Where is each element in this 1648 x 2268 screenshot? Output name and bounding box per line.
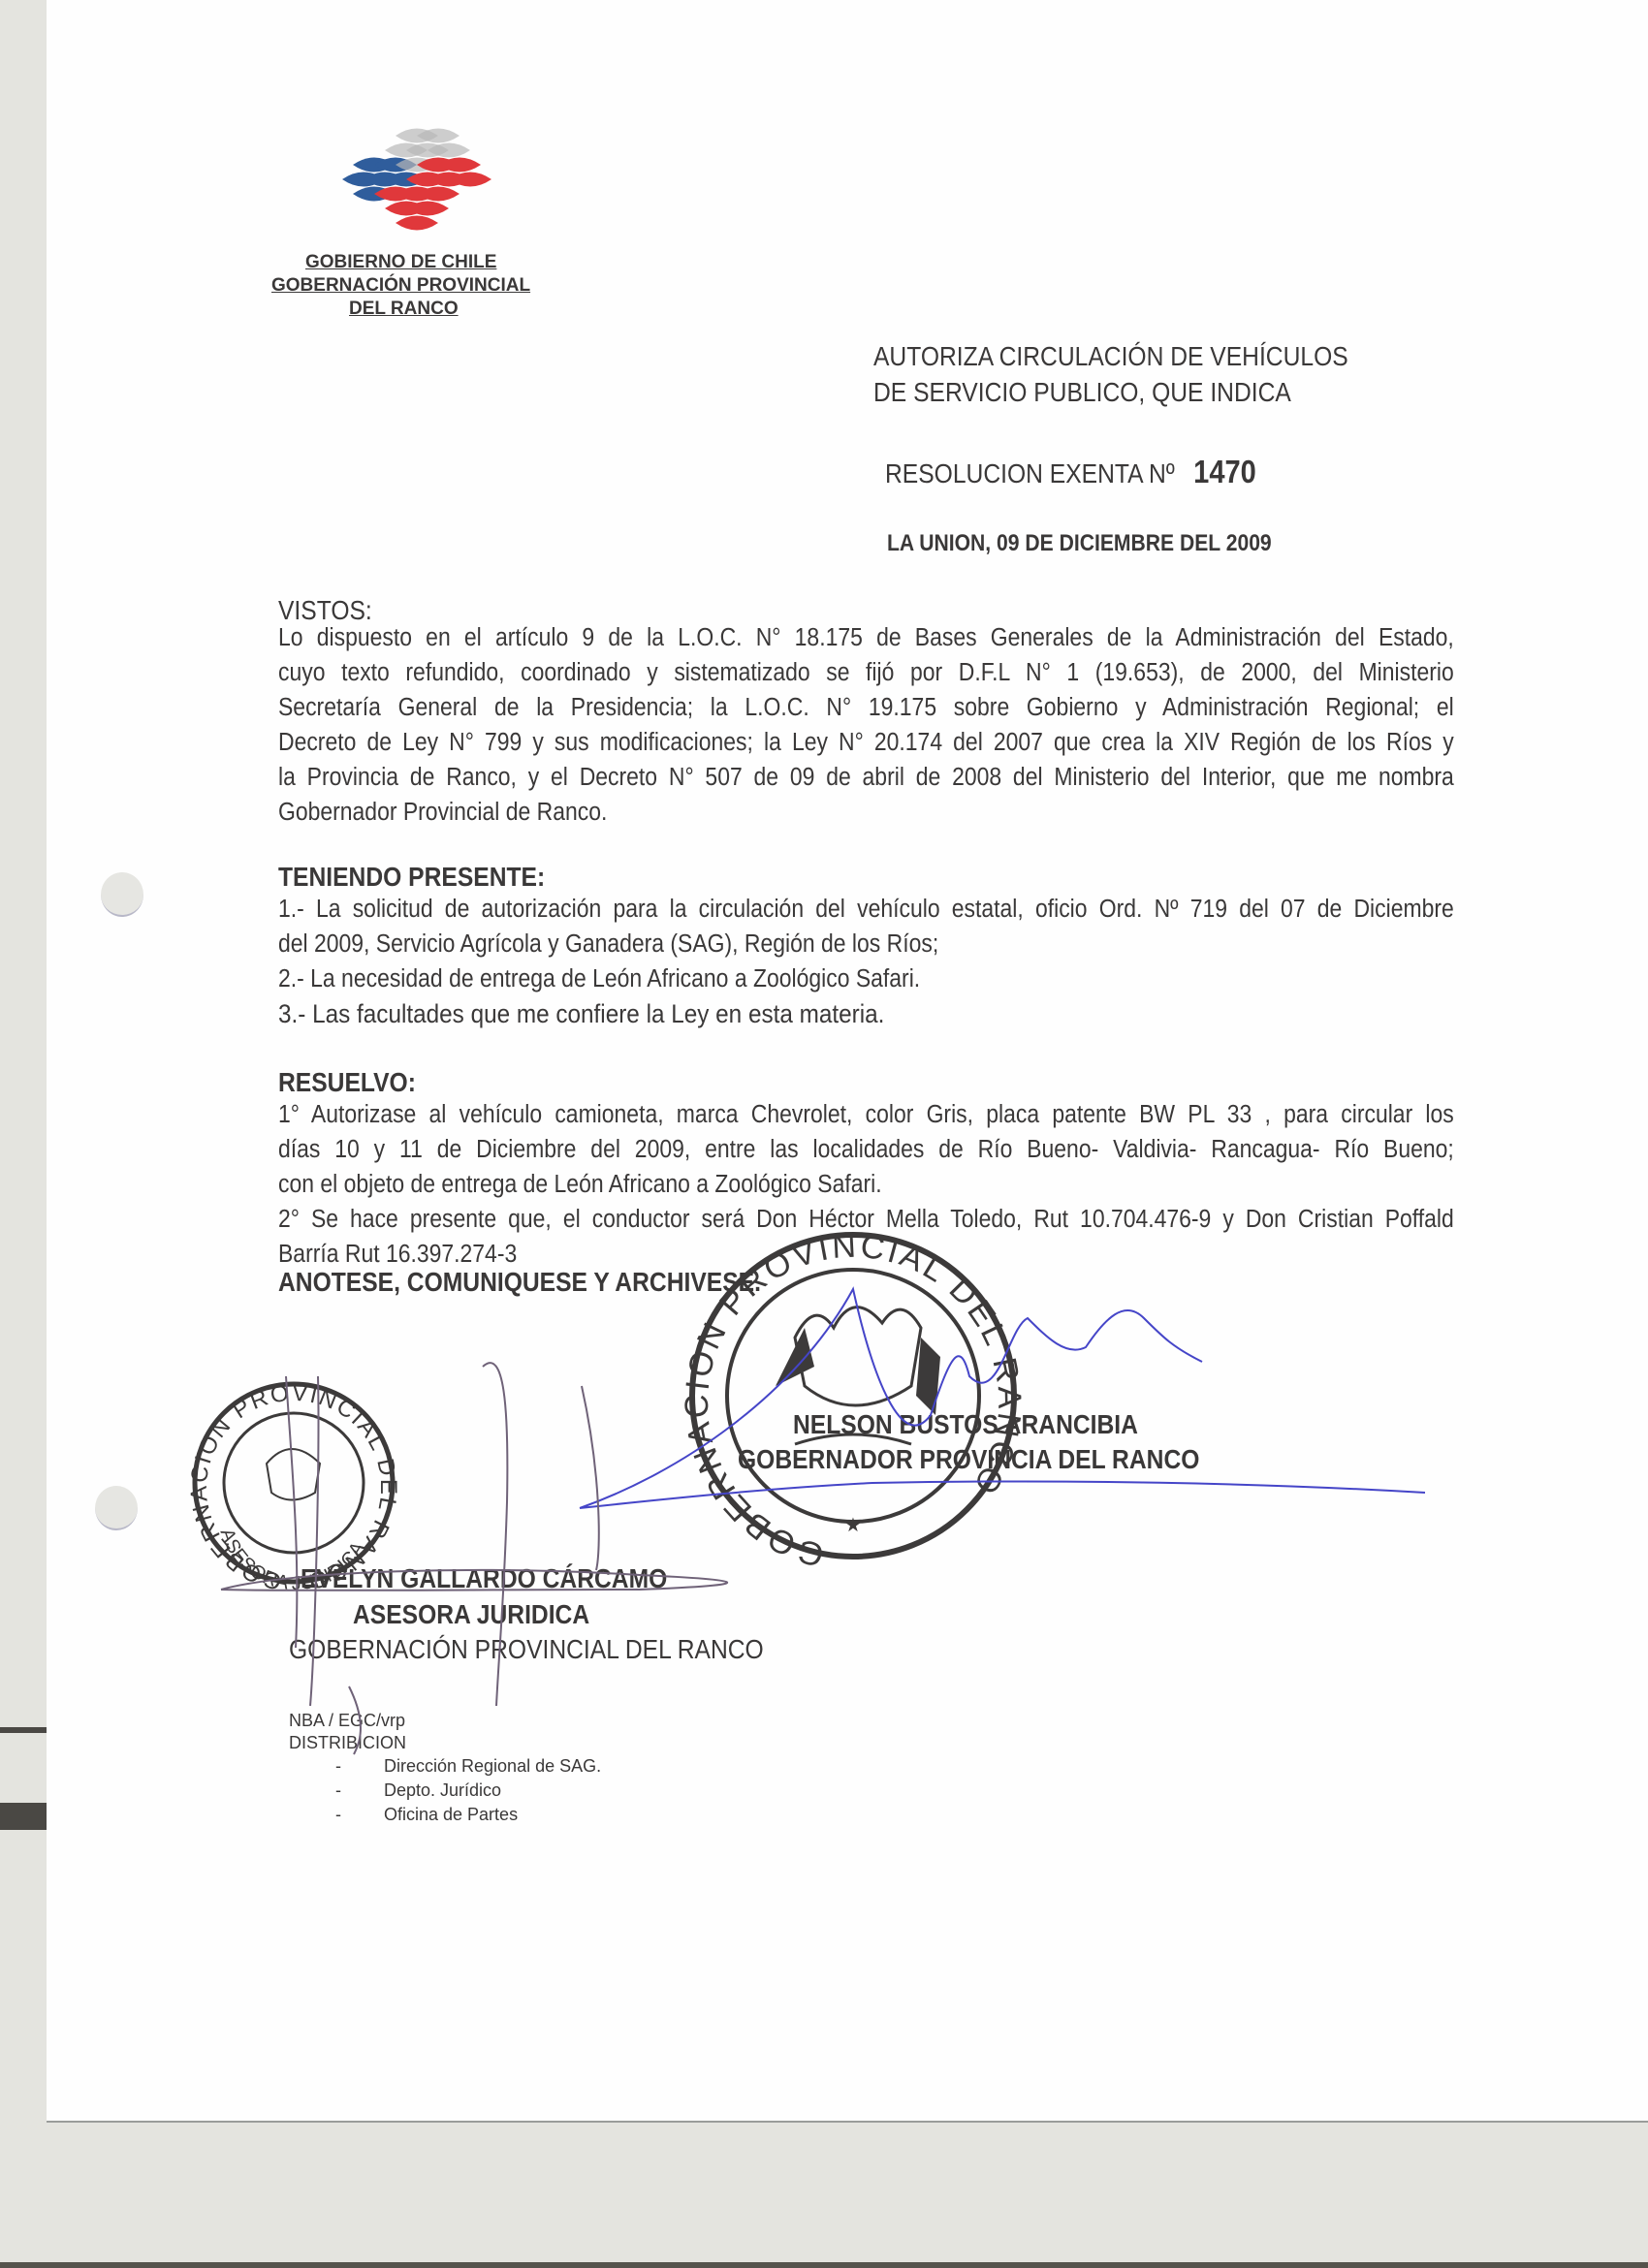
distribution-item-2: -Depto. Jurídico — [335, 1780, 501, 1801]
scan-edge-bottom — [0, 2262, 1648, 2268]
distribution-item-1: -Dirección Regional de SAG. — [335, 1756, 601, 1777]
advisor-office: GOBERNACIÓN PROVINCIAL DEL RANCO — [289, 1634, 764, 1665]
distribution-item-3: -Oficina de Partes — [335, 1805, 518, 1825]
resuelvo-line: 1° Autorizase al vehículo camioneta, mar… — [278, 1097, 1454, 1132]
initials: NBA / EGC/vrp — [289, 1711, 405, 1731]
resuelvo-line: con el objeto de entrega de León African… — [278, 1167, 1454, 1202]
resolution-heading: RESOLUCION EXENTA Nº1470 — [885, 454, 1256, 490]
logo-line-1: GOBIERNO DE CHILE — [305, 252, 490, 273]
teniendo-line: 3.- Las facultades que me confiere la Le… — [278, 996, 1454, 1031]
advisor-name: EVELYN GALLARDO CÁRCAMO — [301, 1563, 667, 1594]
resuelvo-body: 1° Autorizase al vehículo camioneta, mar… — [278, 1097, 1455, 1272]
teniendo-line: del 2009, Servicio Agrícola y Ganadera (… — [278, 927, 1454, 961]
vistos-line: Secretaría General de la Presidencia; la… — [278, 690, 1454, 725]
place-date: LA UNION, 09 DE DICIEMBRE DEL 2009 — [887, 530, 1272, 557]
document-page — [47, 0, 1648, 2123]
teniendo-line: 1.- La solicitud de autorización para la… — [278, 892, 1454, 927]
vistos-line: la Provincia de Ranco, y el Decreto N° 5… — [278, 760, 1454, 795]
scan-edge-dark-2 — [0, 1803, 48, 1830]
bullet: - — [335, 1780, 384, 1801]
distribution-label: DISTRIBICION — [289, 1733, 406, 1753]
logo-line-2: GOBERNACIÓN PROVINCIAL — [271, 275, 523, 297]
teniendo-presente-heading: TENIENDO PRESENTE: — [278, 862, 545, 893]
vistos-line: Lo dispuesto en el artículo 9 de la L.O.… — [278, 620, 1454, 655]
distribution-text: Oficina de Partes — [384, 1805, 518, 1824]
logo-line-3: DEL RANCO — [349, 299, 446, 320]
resolution-number: 1470 — [1193, 454, 1256, 489]
punch-hole-bottom — [95, 1486, 138, 1530]
punch-hole-top — [101, 872, 143, 917]
document-title-line-1: AUTORIZA CIRCULACIÓN DE VEHÍCULOS — [873, 341, 1348, 372]
closing-formula: ANOTESE, COMUNIQUESE Y ARCHIVESE. — [278, 1267, 761, 1298]
document-title-line-2: DE SERVICIO PUBLICO, QUE INDICA — [873, 377, 1291, 408]
scan-edge-dark-1 — [0, 1727, 48, 1733]
vistos-line: Decreto de Ley N° 799 y sus modificacion… — [278, 725, 1454, 760]
resuelvo-line: 2° Se hace presente que, el conductor se… — [278, 1202, 1454, 1237]
resuelvo-heading: RESUELVO: — [278, 1067, 416, 1098]
vistos-body: Lo dispuesto en el artículo 9 de la L.O.… — [278, 620, 1455, 830]
vistos-line: Gobernador Provincial de Ranco. — [278, 795, 1454, 830]
resolution-label: RESOLUCION EXENTA Nº — [885, 458, 1175, 488]
governor-name: NELSON BUSTOS ARANCIBIA — [793, 1409, 1138, 1440]
distribution-text: Dirección Regional de SAG. — [384, 1756, 601, 1776]
bullet: - — [335, 1805, 384, 1825]
bullet: - — [335, 1756, 384, 1777]
vistos-line: cuyo texto refundido, coordinado y siste… — [278, 655, 1454, 690]
advisor-title: ASESORA JURIDICA — [353, 1599, 589, 1630]
teniendo-presente-body: 1.- La solicitud de autorización para la… — [278, 892, 1455, 1031]
resuelvo-line: días 10 y 11 de Diciembre del 2009, entr… — [278, 1132, 1454, 1167]
governor-title: GOBERNADOR PROVINCIA DEL RANCO — [738, 1444, 1199, 1475]
distribution-text: Depto. Jurídico — [384, 1780, 501, 1800]
teniendo-line: 2.- La necesidad de entrega de León Afri… — [278, 961, 1454, 996]
